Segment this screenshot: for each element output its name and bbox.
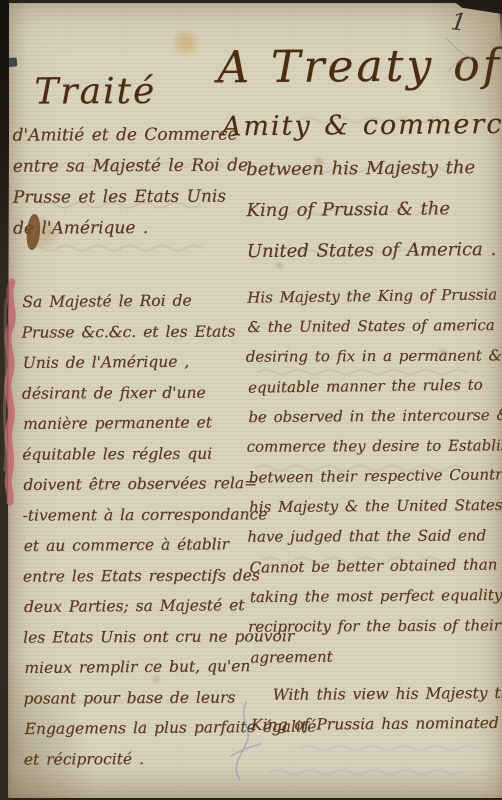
text-line: his Majesty & the United States: [249, 490, 501, 522]
text-line: Prusse et les Etats Unis: [13, 181, 265, 213]
binding-edge: [0, 0, 9, 800]
text-line: agreement: [250, 639, 502, 672]
french-column: Traité d'Amitié et de Commerceentre sa M…: [12, 63, 268, 774]
text-line: Prusse &c.&c. et les Etats: [21, 316, 265, 348]
text-line: de l'Amérique .: [13, 212, 265, 244]
text-line: King of Prussia has nominated: [251, 708, 502, 740]
text-line: between their respective Countries: [249, 459, 501, 492]
english-column: A Treaty of Amity & commerce between his…: [245, 29, 502, 740]
manuscript-page: Traité d'Amitié et de Commerceentre sa M…: [0, 0, 502, 800]
text-line: His Majesty the King of Prussia: [247, 279, 499, 312]
text-line: be observed in the intercourse &: [248, 400, 500, 432]
text-line: have judged that the Said end: [247, 520, 499, 551]
text-line: entre les Etats respectifs des: [23, 560, 267, 592]
text-line: mieux remplir ce but, qu'en: [24, 651, 268, 684]
french-body: Sa Majesté le Roi dePrusse &c.&c. et les…: [13, 285, 268, 774]
text-line: taking the most perfect equality &: [250, 580, 502, 612]
text-line: -tivement à la correspondance: [22, 499, 266, 531]
text-line: et au commerce à établir: [24, 529, 268, 562]
text-line: deux Parties; sa Majesté et: [24, 590, 268, 623]
text-line: entre sa Majesté le Roi de: [13, 150, 265, 182]
text-line: équitable les régles qui: [22, 438, 266, 470]
english-body: His Majesty the King of Prussia& the Uni…: [247, 280, 502, 672]
text-line: doivent être observées rela=: [23, 468, 267, 501]
text-line: Unis de l'Amérique ,: [23, 346, 267, 379]
text-line: posant pour base de leurs: [23, 682, 267, 714]
text-line: King of Prussia & the: [246, 188, 498, 231]
english-closing: With this view his Majesty theKing of Pr…: [251, 678, 502, 740]
text-line: & the United States of america .: [247, 310, 499, 342]
text-line: manière permanente et: [23, 407, 267, 440]
text-line: Sa Majesté le Roi de: [22, 285, 266, 318]
text-line: désirant de fixer d'une: [22, 377, 266, 409]
text-line: les Etats Unis ont cru ne pouvoir: [23, 621, 267, 653]
english-title-line1: A Treaty of: [217, 29, 498, 105]
text-line: Engagemens la plus parfaite égalité: [24, 712, 268, 745]
text-line: et réciprocité .: [24, 743, 268, 775]
english-title-line2: Amity & commerce: [222, 103, 498, 149]
english-subtitle: between his Majesty theKing of Prussia &…: [246, 147, 499, 272]
text-line: equitable manner the rules to: [248, 369, 500, 402]
text-line: Cannot be better obtained than by: [249, 549, 501, 582]
text-line: desiring to fix in a permanent &: [246, 340, 498, 371]
text-line: With this view his Majesty the: [251, 678, 502, 710]
text-line: reciprocity for the basis of their: [248, 610, 500, 641]
text-line: United States of America .: [247, 229, 499, 272]
text-line: between his Majesty the: [246, 147, 498, 190]
text-line: commerce they desire to Establish: [246, 430, 498, 461]
